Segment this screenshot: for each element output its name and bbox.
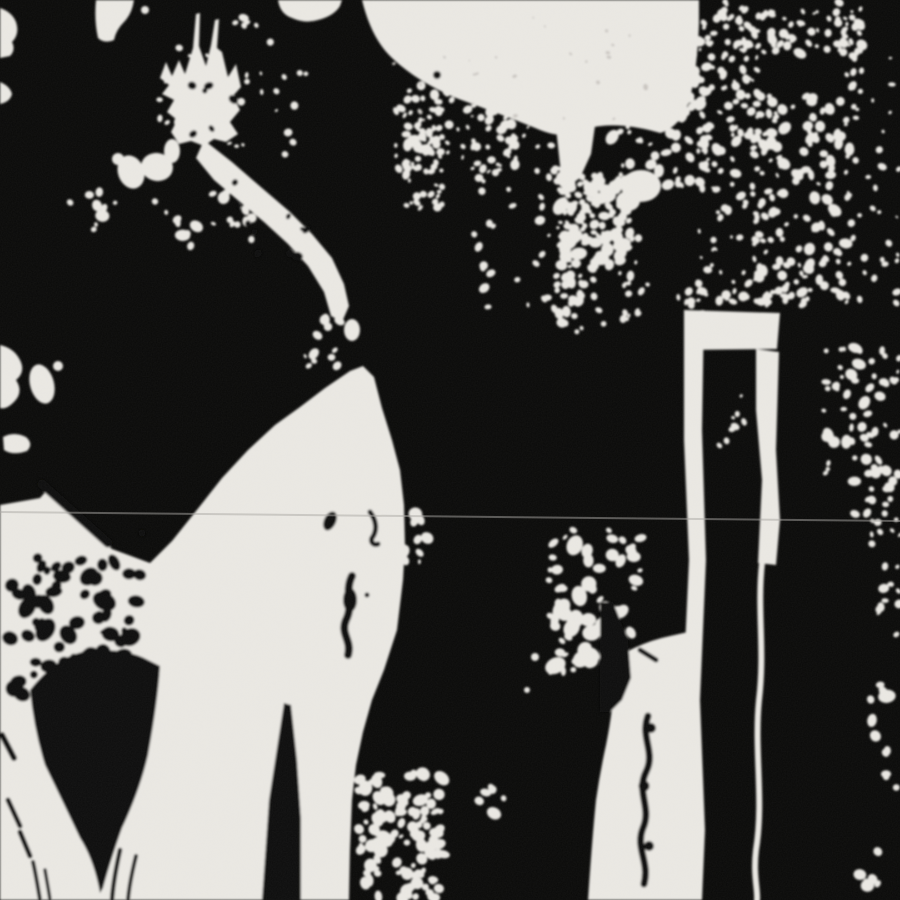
binarized-photo-canvas	[0, 0, 900, 900]
paper-grain-overlay	[0, 0, 900, 900]
binarized-photo: Extremely high-contrast black and white …	[0, 0, 900, 900]
